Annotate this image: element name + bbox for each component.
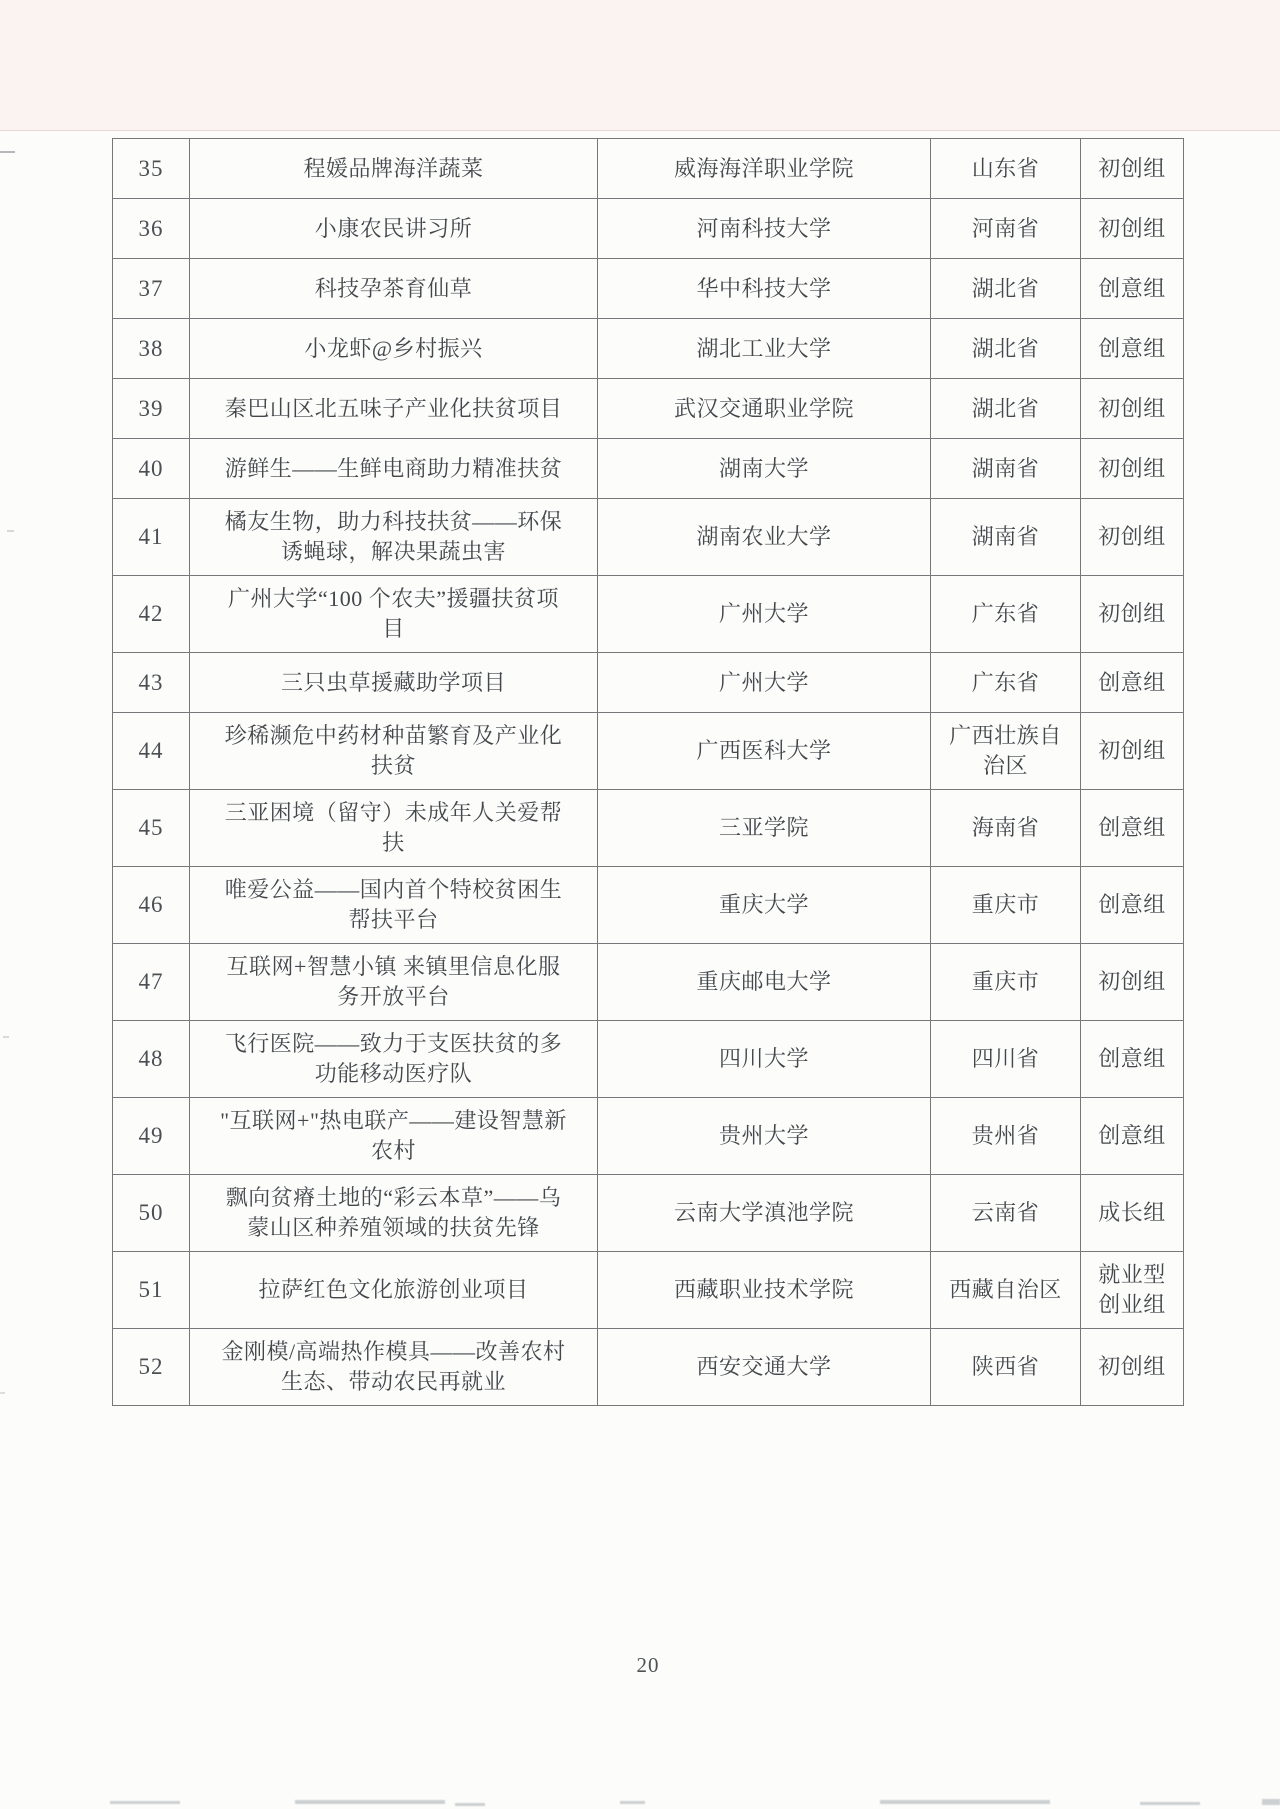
cell-group: 初创组 — [1081, 499, 1183, 575]
cell-group: 创意组 — [1081, 1098, 1183, 1174]
cell-project-name: 小龙虾@乡村振兴 — [190, 319, 598, 378]
cell-serial-number: 35 — [113, 139, 190, 198]
cell-group: 初创组 — [1081, 439, 1183, 498]
document-page: { "page": { "number": "20" }, "table": {… — [0, 0, 1280, 1809]
cell-project-name: 互联网+智慧小镇 来镇里信息化服务开放平台 — [190, 944, 598, 1020]
scan-artifact — [1140, 1802, 1200, 1805]
cell-university: 广西医科大学 — [598, 713, 931, 789]
cell-university: 河南科技大学 — [598, 199, 931, 258]
cell-university: 西藏职业技术学院 — [598, 1252, 931, 1328]
table-row: 50飘向贫瘠土地的“彩云本草”——乌蒙山区种养殖领域的扶贫先锋云南大学滇池学院云… — [113, 1174, 1183, 1251]
cell-group: 初创组 — [1081, 1329, 1183, 1405]
cell-project-name: 唯爱公益——国内首个特校贫困生帮扶平台 — [190, 867, 598, 943]
table-row: 40游鲜生——生鲜电商助力精准扶贫湖南大学湖南省初创组 — [113, 438, 1183, 498]
cell-province: 山东省 — [931, 139, 1081, 198]
cell-group: 创意组 — [1081, 259, 1183, 318]
cell-group: 初创组 — [1081, 199, 1183, 258]
table-row: 52金刚模/高端热作模具——改善农村生态、带动农民再就业西安交通大学陕西省初创组 — [113, 1328, 1183, 1405]
cell-serial-number: 48 — [113, 1021, 190, 1097]
table-row: 47互联网+智慧小镇 来镇里信息化服务开放平台重庆邮电大学重庆市初创组 — [113, 943, 1183, 1020]
cell-project-name: 金刚模/高端热作模具——改善农村生态、带动农民再就业 — [190, 1329, 598, 1405]
cell-province: 湖北省 — [931, 379, 1081, 438]
cell-serial-number: 44 — [113, 713, 190, 789]
cell-project-name: 科技孕茶育仙草 — [190, 259, 598, 318]
table-row: 36小康农民讲习所河南科技大学河南省初创组 — [113, 198, 1183, 258]
cell-university: 华中科技大学 — [598, 259, 931, 318]
cell-project-name: 橘友生物，助力科技扶贫——环保诱蝇球，解决果蔬虫害 — [190, 499, 598, 575]
cell-serial-number: 39 — [113, 379, 190, 438]
cell-serial-number: 38 — [113, 319, 190, 378]
scan-artifact — [0, 1392, 5, 1394]
cell-province: 重庆市 — [931, 944, 1081, 1020]
cell-university: 西安交通大学 — [598, 1329, 931, 1405]
cell-university: 云南大学滇池学院 — [598, 1175, 931, 1251]
cell-university: 三亚学院 — [598, 790, 931, 866]
scan-artifact — [295, 1800, 445, 1804]
cell-group: 就业型创业组 — [1081, 1252, 1183, 1328]
scan-bottom-edge — [0, 1796, 1280, 1809]
cell-serial-number: 52 — [113, 1329, 190, 1405]
cell-serial-number: 43 — [113, 653, 190, 712]
cell-province: 湖北省 — [931, 319, 1081, 378]
cell-province: 海南省 — [931, 790, 1081, 866]
cell-project-name: 广州大学“100 个农夫”援疆扶贫项目 — [190, 576, 598, 652]
table-row: 42广州大学“100 个农夫”援疆扶贫项目广州大学广东省初创组 — [113, 575, 1183, 652]
scan-artifact — [1262, 1799, 1280, 1805]
cell-university: 湖南大学 — [598, 439, 931, 498]
cell-project-name: 秦巴山区北五味子产业化扶贫项目 — [190, 379, 598, 438]
cell-group: 创意组 — [1081, 790, 1183, 866]
cell-group: 创意组 — [1081, 653, 1183, 712]
page-number: 20 — [112, 1653, 1184, 1678]
table-row: 35程媛品牌海洋蔬菜威海海洋职业学院山东省初创组 — [113, 139, 1183, 198]
cell-serial-number: 41 — [113, 499, 190, 575]
scan-artifact — [455, 1803, 485, 1806]
cell-serial-number: 51 — [113, 1252, 190, 1328]
cell-group: 初创组 — [1081, 139, 1183, 198]
cell-project-name: 飞行医院——致力于支医扶贫的多功能移动医疗队 — [190, 1021, 598, 1097]
cell-serial-number: 45 — [113, 790, 190, 866]
cell-province: 陕西省 — [931, 1329, 1081, 1405]
scan-artifact — [0, 151, 15, 153]
cell-project-name: 游鲜生——生鲜电商助力精准扶贫 — [190, 439, 598, 498]
cell-university: 四川大学 — [598, 1021, 931, 1097]
scan-artifact — [620, 1801, 645, 1804]
table-row: 38小龙虾@乡村振兴湖北工业大学湖北省创意组 — [113, 318, 1183, 378]
cell-group: 初创组 — [1081, 713, 1183, 789]
table-row: 37科技孕茶育仙草华中科技大学湖北省创意组 — [113, 258, 1183, 318]
cell-group: 初创组 — [1081, 379, 1183, 438]
cell-serial-number: 40 — [113, 439, 190, 498]
cell-serial-number: 36 — [113, 199, 190, 258]
cell-university: 湖北工业大学 — [598, 319, 931, 378]
cell-project-name: 飘向贫瘠土地的“彩云本草”——乌蒙山区种养殖领域的扶贫先锋 — [190, 1175, 598, 1251]
table-row: 39秦巴山区北五味子产业化扶贫项目武汉交通职业学院湖北省初创组 — [113, 378, 1183, 438]
scan-top-edge — [0, 0, 1280, 131]
table-row: 48飞行医院——致力于支医扶贫的多功能移动医疗队四川大学四川省创意组 — [113, 1020, 1183, 1097]
cell-project-name: "互联网+"热电联产——建设智慧新农村 — [190, 1098, 598, 1174]
table-row: 43三只虫草援藏助学项目广州大学广东省创意组 — [113, 652, 1183, 712]
cell-province: 广东省 — [931, 576, 1081, 652]
table-row: 45三亚困境（留守）未成年人关爱帮扶三亚学院海南省创意组 — [113, 789, 1183, 866]
cell-serial-number: 47 — [113, 944, 190, 1020]
cell-university: 湖南农业大学 — [598, 499, 931, 575]
cell-province: 湖南省 — [931, 499, 1081, 575]
cell-university: 威海海洋职业学院 — [598, 139, 931, 198]
cell-province: 广西壮族自治区 — [931, 713, 1081, 789]
cell-project-name: 拉萨红色文化旅游创业项目 — [190, 1252, 598, 1328]
table-row: 46唯爱公益——国内首个特校贫困生帮扶平台重庆大学重庆市创意组 — [113, 866, 1183, 943]
cell-project-name: 三亚困境（留守）未成年人关爱帮扶 — [190, 790, 598, 866]
cell-project-name: 三只虫草援藏助学项目 — [190, 653, 598, 712]
table-row: 41橘友生物，助力科技扶贫——环保诱蝇球，解决果蔬虫害湖南农业大学湖南省初创组 — [113, 498, 1183, 575]
cell-serial-number: 37 — [113, 259, 190, 318]
cell-project-name: 程媛品牌海洋蔬菜 — [190, 139, 598, 198]
cell-group: 初创组 — [1081, 576, 1183, 652]
cell-group: 创意组 — [1081, 1021, 1183, 1097]
cell-province: 湖北省 — [931, 259, 1081, 318]
table-row: 44珍稀濒危中药材种苗繁育及产业化扶贫广西医科大学广西壮族自治区初创组 — [113, 712, 1183, 789]
cell-province: 重庆市 — [931, 867, 1081, 943]
cell-province: 贵州省 — [931, 1098, 1081, 1174]
cell-province: 河南省 — [931, 199, 1081, 258]
cell-university: 广州大学 — [598, 576, 931, 652]
cell-serial-number: 50 — [113, 1175, 190, 1251]
cell-university: 重庆邮电大学 — [598, 944, 931, 1020]
cell-province: 湖南省 — [931, 439, 1081, 498]
table-row: 49"互联网+"热电联产——建设智慧新农村贵州大学贵州省创意组 — [113, 1097, 1183, 1174]
cell-province: 广东省 — [931, 653, 1081, 712]
cell-university: 武汉交通职业学院 — [598, 379, 931, 438]
cell-university: 重庆大学 — [598, 867, 931, 943]
cell-group: 初创组 — [1081, 944, 1183, 1020]
cell-province: 四川省 — [931, 1021, 1081, 1097]
cell-province: 西藏自治区 — [931, 1252, 1081, 1328]
cell-group: 成长组 — [1081, 1175, 1183, 1251]
scan-artifact — [3, 1036, 9, 1038]
cell-project-name: 小康农民讲习所 — [190, 199, 598, 258]
cell-university: 贵州大学 — [598, 1098, 931, 1174]
cell-group: 创意组 — [1081, 319, 1183, 378]
cell-project-name: 珍稀濒危中药材种苗繁育及产业化扶贫 — [190, 713, 598, 789]
cell-province: 云南省 — [931, 1175, 1081, 1251]
scan-artifact — [110, 1801, 180, 1804]
cell-university: 广州大学 — [598, 653, 931, 712]
cell-group: 创意组 — [1081, 867, 1183, 943]
table-row: 51拉萨红色文化旅游创业项目西藏职业技术学院西藏自治区就业型创业组 — [113, 1251, 1183, 1328]
scan-artifact — [7, 530, 14, 532]
scan-artifact — [880, 1800, 1050, 1804]
results-table: 35程媛品牌海洋蔬菜威海海洋职业学院山东省初创组36小康农民讲习所河南科技大学河… — [112, 138, 1184, 1406]
cell-serial-number: 46 — [113, 867, 190, 943]
cell-serial-number: 49 — [113, 1098, 190, 1174]
cell-serial-number: 42 — [113, 576, 190, 652]
